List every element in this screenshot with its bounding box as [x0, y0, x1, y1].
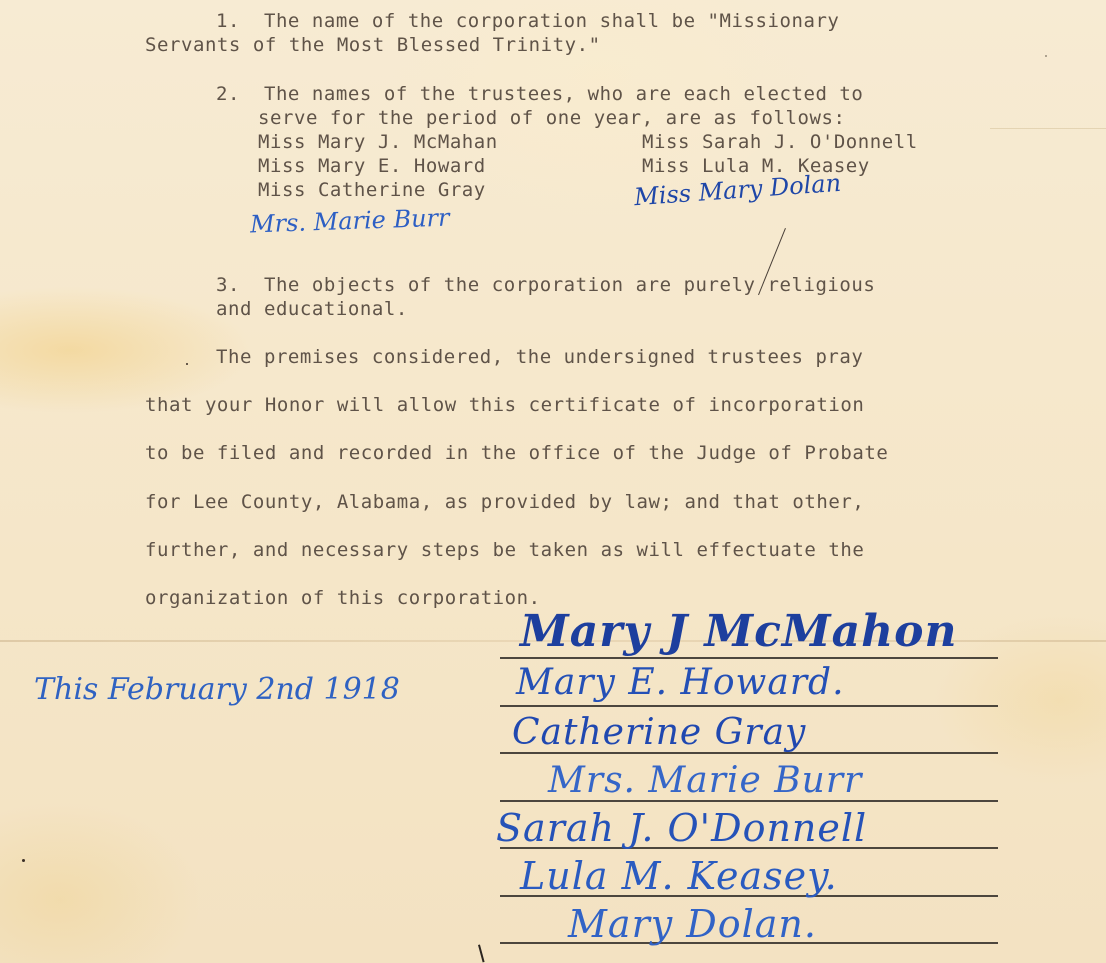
- paper-speck: [1045, 55, 1047, 57]
- item-3-line-1: 3. The objects of the corporation are pu…: [216, 273, 875, 297]
- item-2-line-1: 2. The names of the trustees, who are ea…: [216, 82, 863, 106]
- prayer-line: further, and necessary steps be taken as…: [145, 538, 864, 562]
- prayer-line: to be filed and recorded in the office o…: [145, 441, 888, 465]
- trustee-name: Miss Mary E. Howard: [258, 154, 486, 178]
- trustee-name: Miss Catherine Gray: [258, 178, 486, 202]
- handwritten-trustee-addition: Mrs. Marie Burr: [250, 204, 450, 239]
- prayer-line: for Lee County, Alabama, as provided by …: [145, 490, 864, 514]
- prayer-line: The premises considered, the undersigned…: [216, 345, 863, 369]
- item-2-line-2: serve for the period of one year, are as…: [258, 106, 845, 130]
- prayer-line: that your Honor will allow this certific…: [145, 393, 864, 417]
- signature: Mary Dolan.: [568, 902, 817, 946]
- paper-speck: [22, 859, 25, 862]
- signature: Catherine Gray: [512, 712, 806, 753]
- signature: Mrs. Marie Burr: [548, 760, 862, 801]
- item-3-line-2: and educational.: [216, 297, 408, 321]
- handwritten-date: This February 2nd 1918: [34, 672, 400, 707]
- prayer-line: organization of this corporation.: [145, 586, 541, 610]
- item-1-line-2: Servants of the Most Blessed Trinity.": [145, 33, 601, 57]
- pen-mark: [478, 944, 485, 962]
- paper-speck: [186, 363, 188, 365]
- signature-line: [500, 657, 998, 659]
- signature: Sarah J. O'Donnell: [496, 806, 867, 850]
- item-1-line-1: 1. The name of the corporation shall be …: [216, 9, 839, 33]
- trustee-name: Miss Sarah J. O'Donnell: [642, 130, 918, 154]
- signature-line: [500, 705, 998, 707]
- signature: Mary E. Howard.: [516, 662, 845, 703]
- trustee-name: Miss Mary J. McMahan: [258, 130, 498, 154]
- signature: Mary J McMahon: [520, 606, 957, 657]
- paper-fold-crease-small: [990, 128, 1106, 129]
- signature: Lula M. Keasey.: [520, 854, 838, 898]
